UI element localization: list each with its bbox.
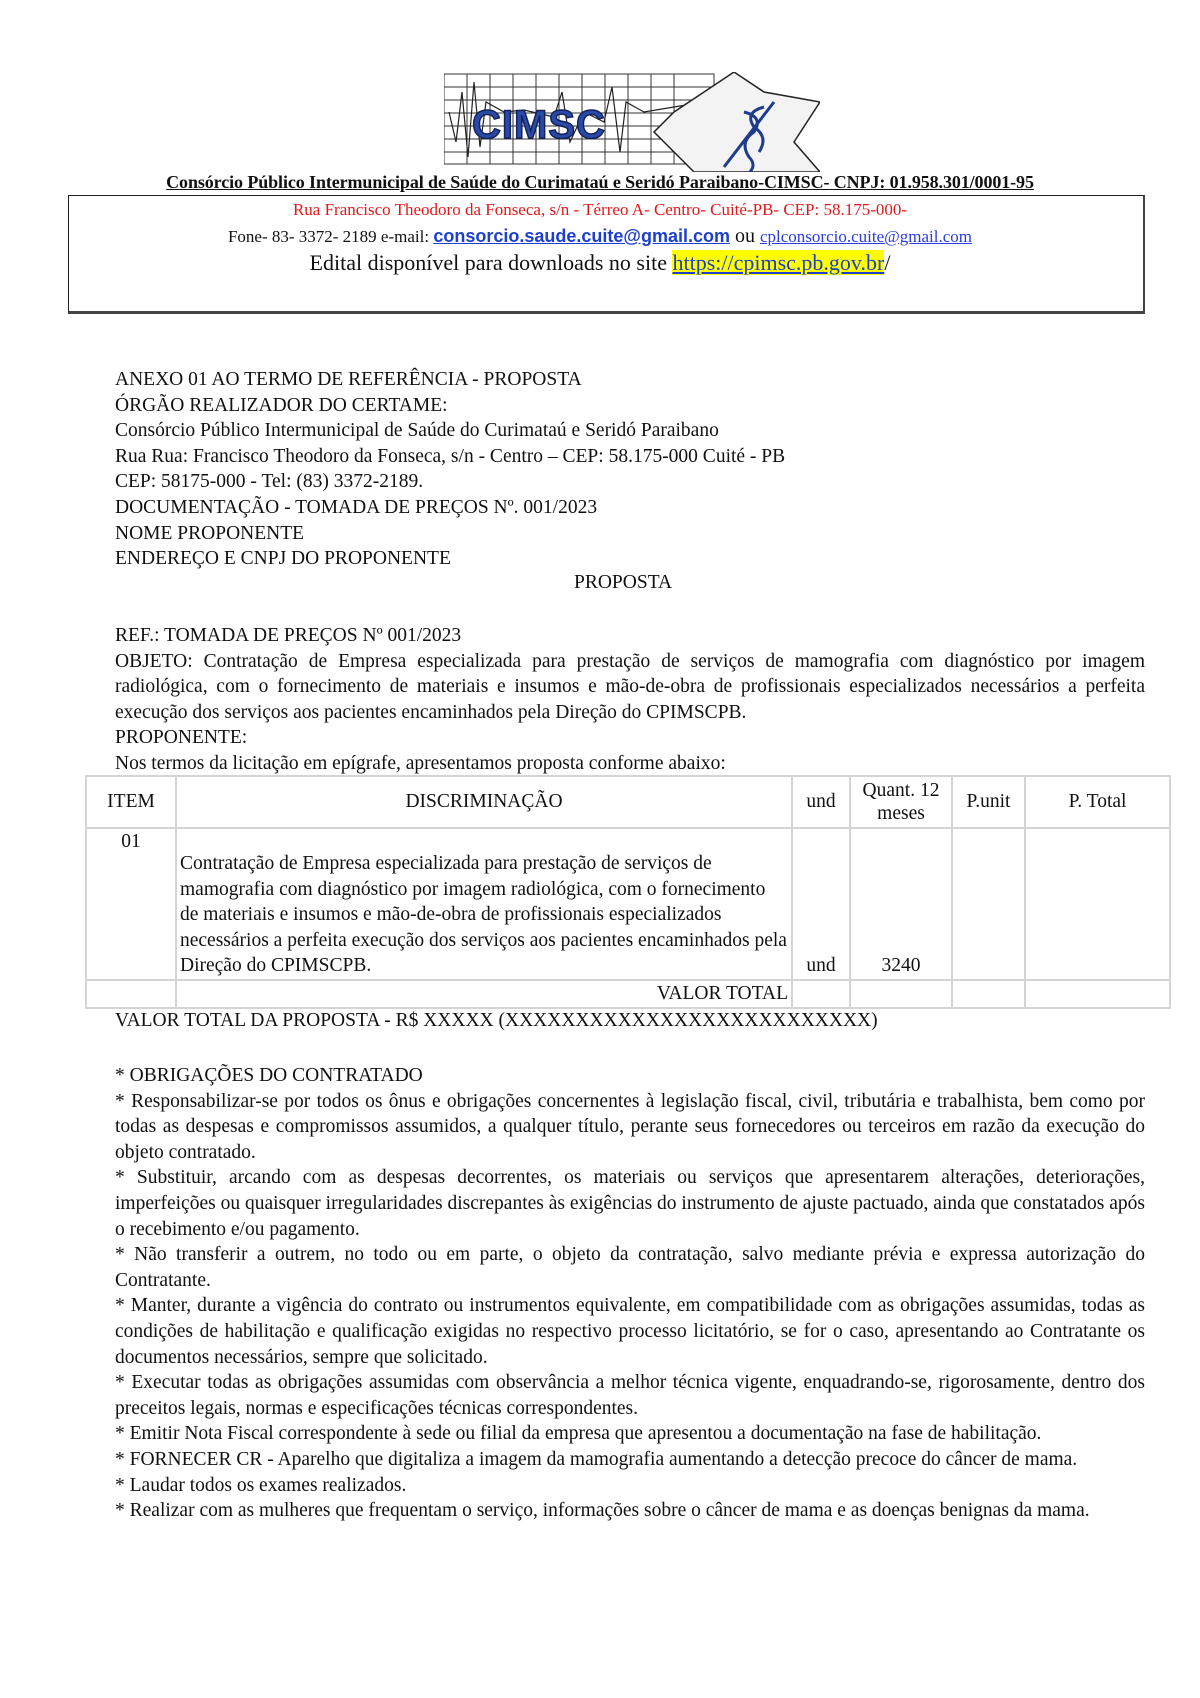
cell-item: 01 — [86, 828, 176, 980]
obligation-item: * Realizar com as mulheres que frequenta… — [115, 1498, 1145, 1524]
organization-title: Consórcio Público Intermunicipal de Saúd… — [0, 172, 1200, 193]
obligation-item: * Emitir Nota Fiscal correspondente à se… — [115, 1421, 1145, 1447]
bidder-label: PROPONENTE: — [115, 725, 1145, 751]
email-link-primary[interactable]: consorcio.saude.cuite@gmail.com — [433, 226, 730, 246]
total-label: VALOR TOTAL — [176, 980, 792, 1008]
header-quantity-line2: meses — [854, 802, 948, 825]
proposal-title: PROPOSTA — [574, 572, 672, 594]
bidder-address-label: ENDEREÇO E CNPJ DO PROPONENTE — [115, 546, 1145, 572]
obligation-item: * Não transferir a outrem, no todo ou em… — [115, 1242, 1145, 1293]
email-separator: ou — [730, 225, 760, 247]
header-quantity: Quant. 12 meses — [850, 776, 952, 828]
organ-address: Rua Rua: Francisco Theodoro da Fonseca, … — [115, 444, 1145, 470]
edital-site-link[interactable]: https://cpimsc.pb.gov.br — [672, 250, 884, 275]
obligation-item: * Responsabilizar-se por todos os ônus e… — [115, 1089, 1145, 1166]
proposal-table: ITEM DISCRIMINAÇÃO und Quant. 12 meses P… — [85, 775, 1171, 1009]
header-unit-price: P.unit — [952, 776, 1025, 828]
organization-address: Rua Francisco Theodoro da Fonseca, s/n -… — [0, 200, 1200, 220]
obligation-item: * Substituir, arcando com as despesas de… — [115, 1165, 1145, 1242]
cell-quantity: 3240 — [850, 828, 952, 980]
logo-text: CIMSC — [472, 103, 606, 147]
annex-header: ANEXO 01 AO TERMO DE REFERÊNCIA - PROPOS… — [115, 367, 1145, 572]
cell-unit-price[interactable] — [952, 828, 1025, 980]
cell-discriminacao: Contratação de Empresa especializada par… — [176, 828, 792, 980]
cell-und: und — [792, 828, 850, 980]
annex-title: ANEXO 01 AO TERMO DE REFERÊNCIA - PROPOS… — [115, 367, 1145, 393]
obligation-item: * Laudar todos os exames realizados. — [115, 1473, 1145, 1499]
header-total-price: P. Total — [1025, 776, 1170, 828]
documentation-line: DOCUMENTAÇÃO - TOMADA DE PREÇOS Nº. 001/… — [115, 495, 1145, 521]
total-empty-cell — [86, 980, 176, 1008]
email-link-secondary[interactable]: cplconsorcio.cuite@gmail.com — [760, 227, 972, 246]
obligation-item: * FORNECER CR - Aparelho que digitaliza … — [115, 1447, 1145, 1473]
total-und-cell — [792, 980, 850, 1008]
obligation-item: * Executar todas as obrigações assumidas… — [115, 1370, 1145, 1421]
header-quantity-line1: Quant. 12 — [854, 779, 948, 802]
total-unit-price-cell[interactable] — [952, 980, 1025, 1008]
total-value-cell[interactable] — [1025, 980, 1170, 1008]
organ-name: Consórcio Público Intermunicipal de Saúd… — [115, 418, 1145, 444]
organ-cep-phone: CEP: 58175-000 - Tel: (83) 3372-2189. — [115, 469, 1145, 495]
edital-text: Edital disponível para downloads no site — [310, 250, 673, 275]
object-description: OBJETO: Contratação de Empresa especiali… — [115, 649, 1145, 726]
total-quantity-cell — [850, 980, 952, 1008]
obligations-title: * OBRIGAÇÕES DO CONTRATADO — [115, 1063, 1145, 1089]
table-total-row: VALOR TOTAL — [86, 980, 1170, 1008]
reference-line: REF.: TOMADA DE PREÇOS Nº 001/2023 — [115, 623, 1145, 649]
header-und: und — [792, 776, 850, 828]
intro-statement: Nos termos da licitação em epígrafe, apr… — [115, 751, 1145, 777]
obligation-item: * Manter, durante a vigência do contrato… — [115, 1293, 1145, 1370]
cimsc-logo: CIMSC — [444, 72, 820, 172]
bidder-name-label: NOME PROPONENTE — [115, 521, 1145, 547]
obligations-section: * OBRIGAÇÕES DO CONTRATADO * Responsabil… — [115, 1063, 1145, 1524]
table-header-row: ITEM DISCRIMINAÇÃO und Quant. 12 meses P… — [86, 776, 1170, 828]
edital-suffix: / — [884, 250, 890, 275]
reference-section: REF.: TOMADA DE PREÇOS Nº 001/2023 OBJET… — [115, 623, 1145, 777]
table-row: 01 Contratação de Empresa especializada … — [86, 828, 1170, 980]
header-discriminacao: DISCRIMINAÇÃO — [176, 776, 792, 828]
cell-total-price[interactable] — [1025, 828, 1170, 980]
contact-line: Fone- 83- 3372- 2189 e-mail: consorcio.s… — [0, 225, 1200, 248]
proposal-total-value: VALOR TOTAL DA PROPOSTA - R$ XXXXX (XXXX… — [115, 1010, 878, 1032]
edital-line: Edital disponível para downloads no site… — [0, 250, 1200, 276]
phone-text: Fone- 83- 3372- 2189 e-mail: — [228, 227, 433, 246]
header-item: ITEM — [86, 776, 176, 828]
organ-label: ÓRGÃO REALIZADOR DO CERTAME: — [115, 393, 1145, 419]
